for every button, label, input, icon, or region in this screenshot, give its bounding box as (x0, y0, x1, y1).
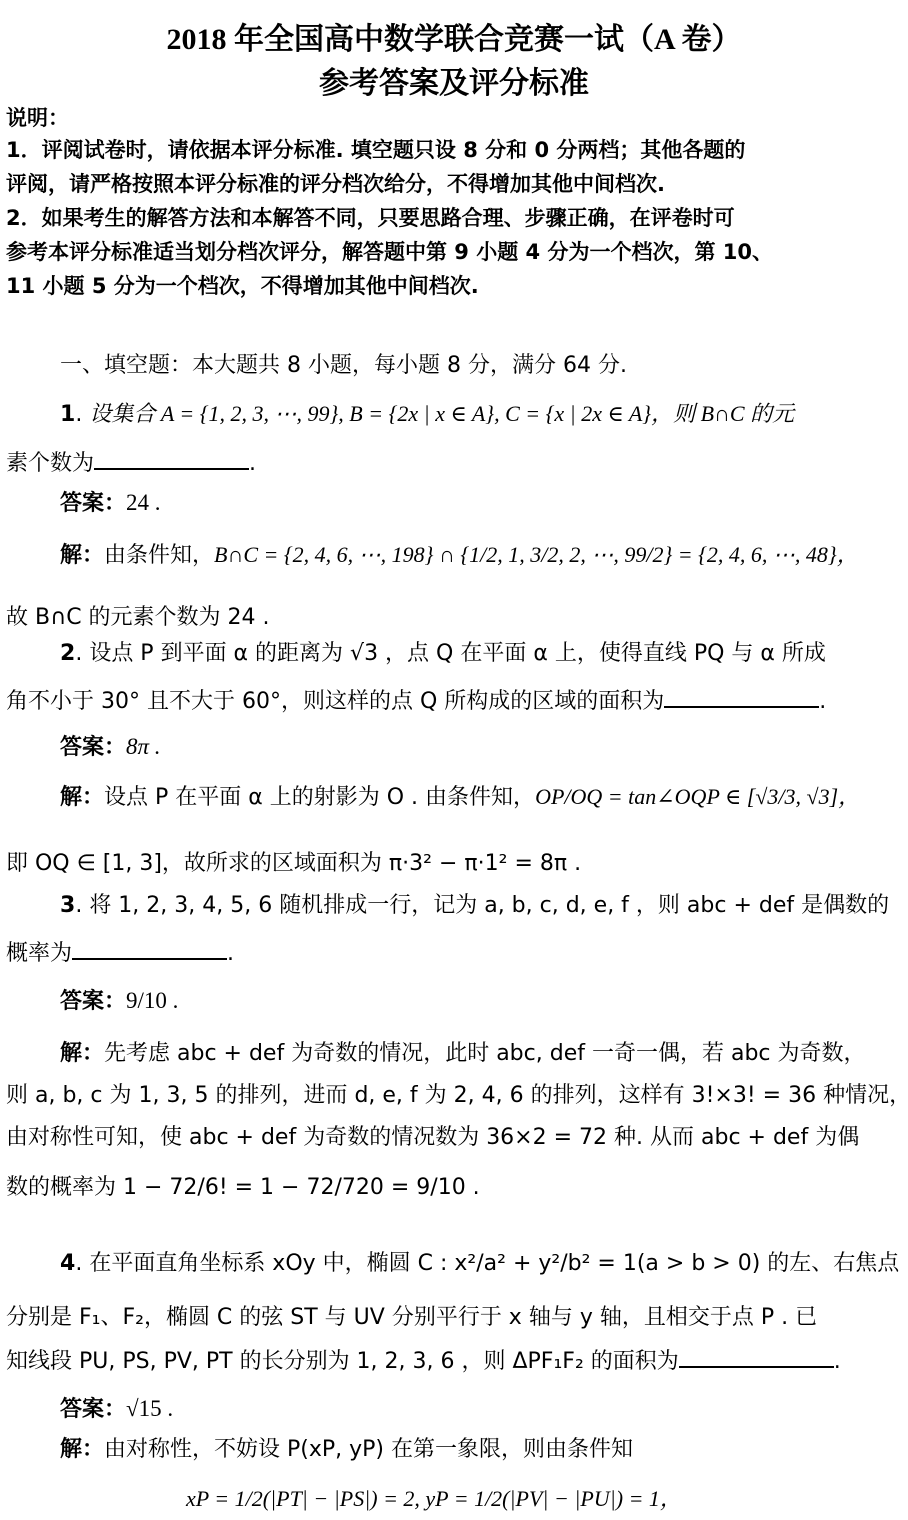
document-subtitle: 参考答案及评分标准 (0, 58, 908, 102)
document-title: 2018 年全国高中数学联合竞赛一试（A 卷） (0, 14, 908, 58)
problem-3-stem-line2: 概率为 (6, 941, 72, 966)
answer-label: 答案： (60, 1397, 126, 1422)
solution-label: 解： (60, 785, 104, 810)
note-line: 1．评阅试卷时，请依据本评分标准. 填空题只设 8 分和 0 分两档；其他各题的 (6, 134, 745, 164)
problem-4-solution-line1: 由对称性，不妨设 P(xP, yP) 在第一象限，则由条件知 (104, 1437, 633, 1462)
answer-blank (679, 1364, 834, 1368)
problem-1-stem-line1: 设集合 A = {1, 2, 3, ⋯, 99}, B = {2x | x ∈ … (89, 401, 794, 426)
problem-1-solution-math: B∩C = {2, 4, 6, ⋯, 198} ∩ {1/2, 1, 3/2, … (214, 542, 859, 567)
problem-3-answer: 9/10 . (126, 988, 178, 1013)
problem-2-stem-line1: 设点 P 到平面 α 的距离为 √3 ，点 Q 在平面 α 上，使得直线 PQ … (89, 641, 826, 666)
answer-label: 答案： (60, 491, 126, 516)
problem-4-answer: √15 . (126, 1396, 173, 1421)
problem-number: 1 (60, 402, 75, 427)
problem-4-stem-line3: 知线段 PU, PS, PV, PT 的长分别为 1, 2, 3, 6 ，则 Δ… (6, 1349, 679, 1374)
section-heading: 一、填空题：本大题共 8 小题，每小题 8 分，满分 64 分. (60, 348, 627, 379)
answer-blank (664, 704, 819, 708)
solution-label: 解： (60, 543, 104, 568)
solution-label: 解： (60, 1437, 104, 1462)
problem-2-stem-line2: 角不小于 30° 且不大于 60°，则这样的点 Q 所构成的区域的面积为 (6, 689, 664, 714)
problem-1-solution-prefix: 由条件知， (104, 543, 214, 568)
problem-3-solution-line3: 由对称性可知，使 abc + def 为奇数的情况数为 36×2 = 72 种.… (6, 1120, 859, 1151)
problem-3-solution-line4: 数的概率为 1 − 72/6! = 1 − 72/720 = 9/10 . (6, 1170, 480, 1201)
problem-2-solution-math: OP/OQ = tan∠OQP ∈ [√3/3, √3]， (535, 784, 860, 809)
problem-1-solution-line2: 故 B∩C 的元素个数为 24 . (6, 600, 270, 631)
answer-label: 答案： (60, 989, 126, 1014)
problem-2-answer: 8π . (126, 734, 161, 759)
problem-number: 2 (60, 641, 75, 666)
answer-label: 答案： (60, 735, 126, 760)
problem-2-solution-line2: 即 OQ ∈ [1, 3]，故所求的区域面积为 π·3² − π·1² = 8π… (6, 846, 581, 877)
problem-3-solution-line1: 先考虑 abc + def 为奇数的情况，此时 abc, def 一奇一偶，若 … (104, 1041, 865, 1066)
problem-2-solution-prefix: 设点 P 在平面 α 上的射影为 O . 由条件知， (104, 785, 535, 810)
note-line: 11 小题 5 分为一个档次，不得增加其他中间档次. (6, 270, 479, 300)
problem-4-stem-line1: 在平面直角坐标系 xOy 中，椭圆 C : x²/a² + y²/b² = 1(… (89, 1251, 899, 1276)
answer-blank (94, 466, 249, 470)
problem-1-stem: 1. 设集合 A = {1, 2, 3, ⋯, 99}, B = {2x | x… (60, 397, 794, 428)
problem-4-stem-line2: 分别是 F₁、F₂，椭圆 C 的弦 ST 与 UV 分别平行于 x 轴与 y 轴… (6, 1300, 817, 1331)
problem-4-solution-line2: xP = 1/2(|PT| − |PS|) = 2, yP = 1/2(|PV|… (186, 1486, 682, 1511)
notes-heading: 说明： (6, 102, 69, 132)
note-line: 评阅，请严格按照本评分标准的评分档次给分，不得增加其他中间档次. (6, 168, 665, 198)
answer-blank (72, 956, 227, 960)
problem-number: 4 (60, 1251, 75, 1276)
solution-label: 解： (60, 1041, 104, 1066)
problem-1-stem-line2: 素个数为 (6, 451, 94, 476)
note-line: 参考本评分标准适当划分档次评分，解答题中第 9 小题 4 分为一个档次，第 10… (6, 236, 773, 266)
note-line: 2．如果考生的解答方法和本解答不同，只要思路合理、步骤正确，在评卷时可 (6, 202, 735, 232)
problem-3-solution-line2: 则 a, b, c 为 1, 3, 5 的排列，进而 d, e, f 为 2, … (6, 1078, 908, 1109)
problem-number: 3 (60, 893, 75, 918)
problem-1-answer: 24 . (126, 490, 161, 515)
problem-3-stem-line1: 将 1, 2, 3, 4, 5, 6 随机排成一行，记为 a, b, c, d,… (89, 893, 889, 918)
